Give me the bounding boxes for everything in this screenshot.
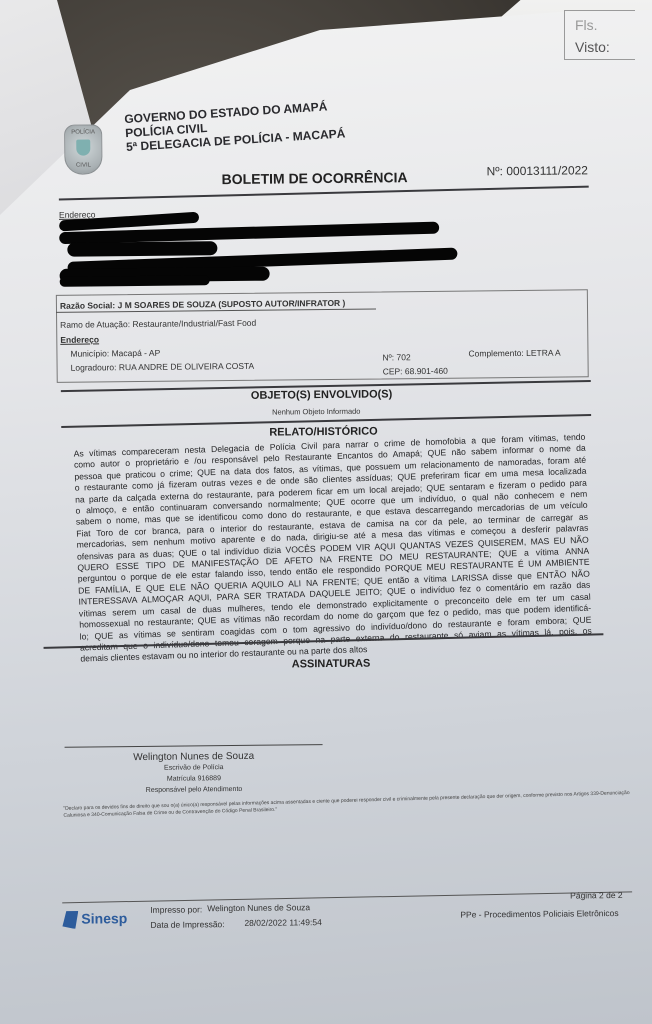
signature-block: Welington Nunes de Souza Escrivão de Pol… bbox=[65, 750, 323, 797]
complemento: Complemento: LETRA A bbox=[468, 348, 560, 359]
document-title: BOLETIM DE OCORRÊNCIA bbox=[222, 169, 408, 187]
footer-divider bbox=[62, 891, 632, 903]
document-content: POLÍCIA CIVIL GOVERNO DO ESTADO DO AMAPÁ… bbox=[0, 0, 652, 1024]
relato-title: RELATO/HISTÓRICO bbox=[269, 425, 377, 438]
objetos-title: OBJETO(S) ENVOLVIDO(S) bbox=[251, 388, 393, 401]
impresso-por-label: Impresso por: bbox=[150, 904, 202, 915]
signature-line bbox=[65, 744, 323, 748]
data-impressao-value: 28/02/2022 11:49:54 bbox=[244, 917, 321, 928]
sinesp-logo: Sinesp bbox=[62, 910, 127, 929]
policia-civil-badge-icon: POLÍCIA CIVIL bbox=[64, 124, 103, 174]
page-indicator: Página 2 de 2 bbox=[570, 890, 623, 901]
cep: CEP: 68.901-460 bbox=[383, 366, 448, 377]
numero-endereco: Nº: 702 bbox=[382, 352, 410, 362]
suspect-address-label: Endereço bbox=[60, 334, 99, 344]
shield-icon bbox=[76, 139, 90, 155]
sinesp-logo-icon bbox=[62, 911, 78, 929]
municipio: Município: Macapá - AP bbox=[70, 348, 160, 359]
assinaturas-title: ASSINATURAS bbox=[292, 658, 371, 671]
sinesp-logo-text: Sinesp bbox=[81, 910, 127, 926]
report-number-value: 00013111/2022 bbox=[506, 163, 588, 178]
system-name: PPe - Procedimentos Policiais Eletrônico… bbox=[460, 908, 618, 920]
ramo-atuacao: Ramo de Atuação: Restaurante/Industrial/… bbox=[60, 318, 256, 330]
agency-header: GOVERNO DO ESTADO DO AMAPÁ POLÍCIA CIVIL… bbox=[124, 98, 346, 154]
impresso-por-value: Welington Nunes de Souza bbox=[207, 902, 310, 913]
objetos-value: Nenhum Objeto Informado bbox=[272, 407, 360, 417]
badge-bottom-text: CIVIL bbox=[65, 162, 101, 168]
report-number-label: Nº: bbox=[486, 164, 503, 178]
relato-text: As vítimas compareceram nesta Delegacia … bbox=[73, 432, 592, 666]
report-number: Nº: 00013111/2022 bbox=[486, 163, 588, 178]
title-divider bbox=[59, 186, 589, 201]
badge-top-text: POLÍCIA bbox=[65, 129, 101, 135]
data-impressao-label: Data de Impressão: bbox=[150, 919, 224, 930]
logradouro: Logradouro: RUA ANDRE DE OLIVEIRA COSTA bbox=[71, 361, 255, 373]
signer-responsibility: Responsável pelo Atendimento bbox=[65, 783, 323, 797]
